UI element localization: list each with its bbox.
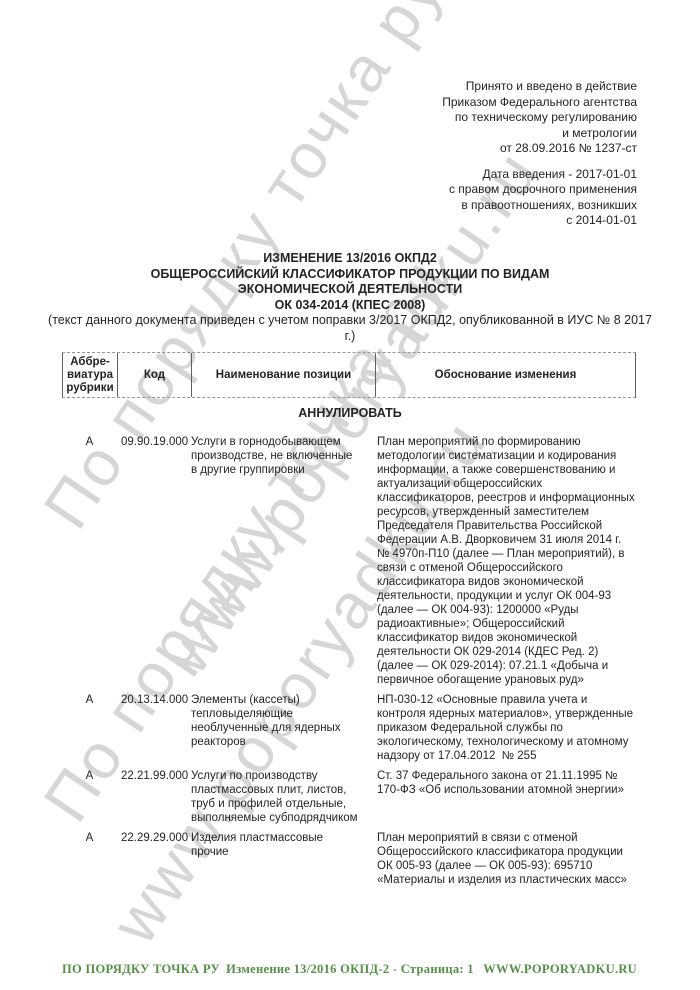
introduction-line: с 2014-01-01 [442,213,637,229]
row-name: Изделия пластмассовые прочие [191,831,375,887]
row-abbr: А [62,693,117,763]
adoption-line: от 28.09.2016 № 1237-ст [442,141,637,157]
table-row: А 22.21.99.000 Услуги по производству пл… [62,769,636,825]
adoption-line: Приказом Федерального агентства [442,95,637,111]
classifier-table-body: А 09.90.19.000 Услуги в горнодобывающем … [62,435,636,893]
row-abbr: А [62,769,117,825]
row-code: 20.13.14.000 [117,693,191,763]
header-cell-code: Код [117,353,191,397]
row-abbr: А [62,435,117,687]
row-code: 22.21.99.000 [117,769,191,825]
adoption-line: Принято и введено в действие [442,79,637,95]
header-cell-name: Наименование позиции [191,353,375,397]
page-footer: ПО ПОРЯДКУ ТОЧКА РУ Изменение 13/2016 ОК… [0,962,700,980]
row-abbr: А [62,831,117,887]
adoption-order-lines: Принято и введено в действие Приказом Фе… [442,79,637,157]
row-name: Услуги в горнодобывающем производстве, н… [191,435,375,687]
table-row: А 09.90.19.000 Услуги в горнодобывающем … [62,435,636,687]
table-row: А 20.13.14.000 Элементы (кассеты) теплов… [62,693,636,763]
row-reason: НП-030-12 «Основные правила учета и конт… [375,693,636,763]
adoption-line: и метрологии [442,126,637,142]
title-line: ИЗМЕНЕНИЕ 13/2016 ОКПД2 [0,251,700,267]
footer-site-name: ПО ПОРЯДКУ ТОЧКА РУ [62,962,220,977]
row-reason: План мероприятий по формированию методол… [375,435,636,687]
row-code: 22.29.29.000 [117,831,191,887]
footer-site-url: WWW.POPORYADKU.RU [483,962,637,977]
header-cell-reason: Обоснование изменения [375,353,636,397]
section-annul-title: АННУЛИРОВАТЬ [0,406,700,420]
footer-page-info: Изменение 13/2016 ОКПД-2 - Страница: 1 [226,962,474,977]
header-cell-abbr: Аббре- виатура рубрики [62,353,117,397]
classifier-table-header: Аббре- виатура рубрики Код Наименование … [62,352,636,398]
document-title: ИЗМЕНЕНИЕ 13/2016 ОКПД2 ОБЩЕРОССИЙСКИЙ К… [0,251,700,344]
introduction-date-lines: Дата введения - 2017-01-01 с правом доср… [442,167,637,229]
introduction-line: Дата введения - 2017-01-01 [442,167,637,183]
introduction-line: с правом досрочного применения [442,182,637,198]
table-row: А 22.29.29.000 Изделия пластмассовые про… [62,831,636,887]
row-code: 09.90.19.000 [117,435,191,687]
adoption-line: по техническому регулированию [442,110,637,126]
row-reason: Ст. 37 Федерального закона от 21.11.1995… [375,769,636,825]
title-line: ЭКОНОМИЧЕСКОЙ ДЕЯТЕЛЬНОСТИ [0,282,700,298]
title-note: (текст данного документа приведен с учет… [45,313,655,344]
row-name: Услуги по производству пластмассовых пли… [191,769,375,825]
row-reason: План мероприятий в связи с отменой Общер… [375,831,636,887]
document-page: По порядку точка ру www.poporyadku.ru По… [0,0,700,990]
row-name: Элементы (кассеты) тепловыделяющие необл… [191,693,375,763]
adoption-block: Принято и введено в действие Приказом Фе… [442,79,637,229]
introduction-line: в правоотношениях, возникших [442,198,637,214]
title-line: ОБЩЕРОССИЙСКИЙ КЛАССИФИКАТОР ПРОДУКЦИИ П… [0,267,700,283]
title-line: ОК 034-2014 (КПЕС 2008) [0,298,700,314]
